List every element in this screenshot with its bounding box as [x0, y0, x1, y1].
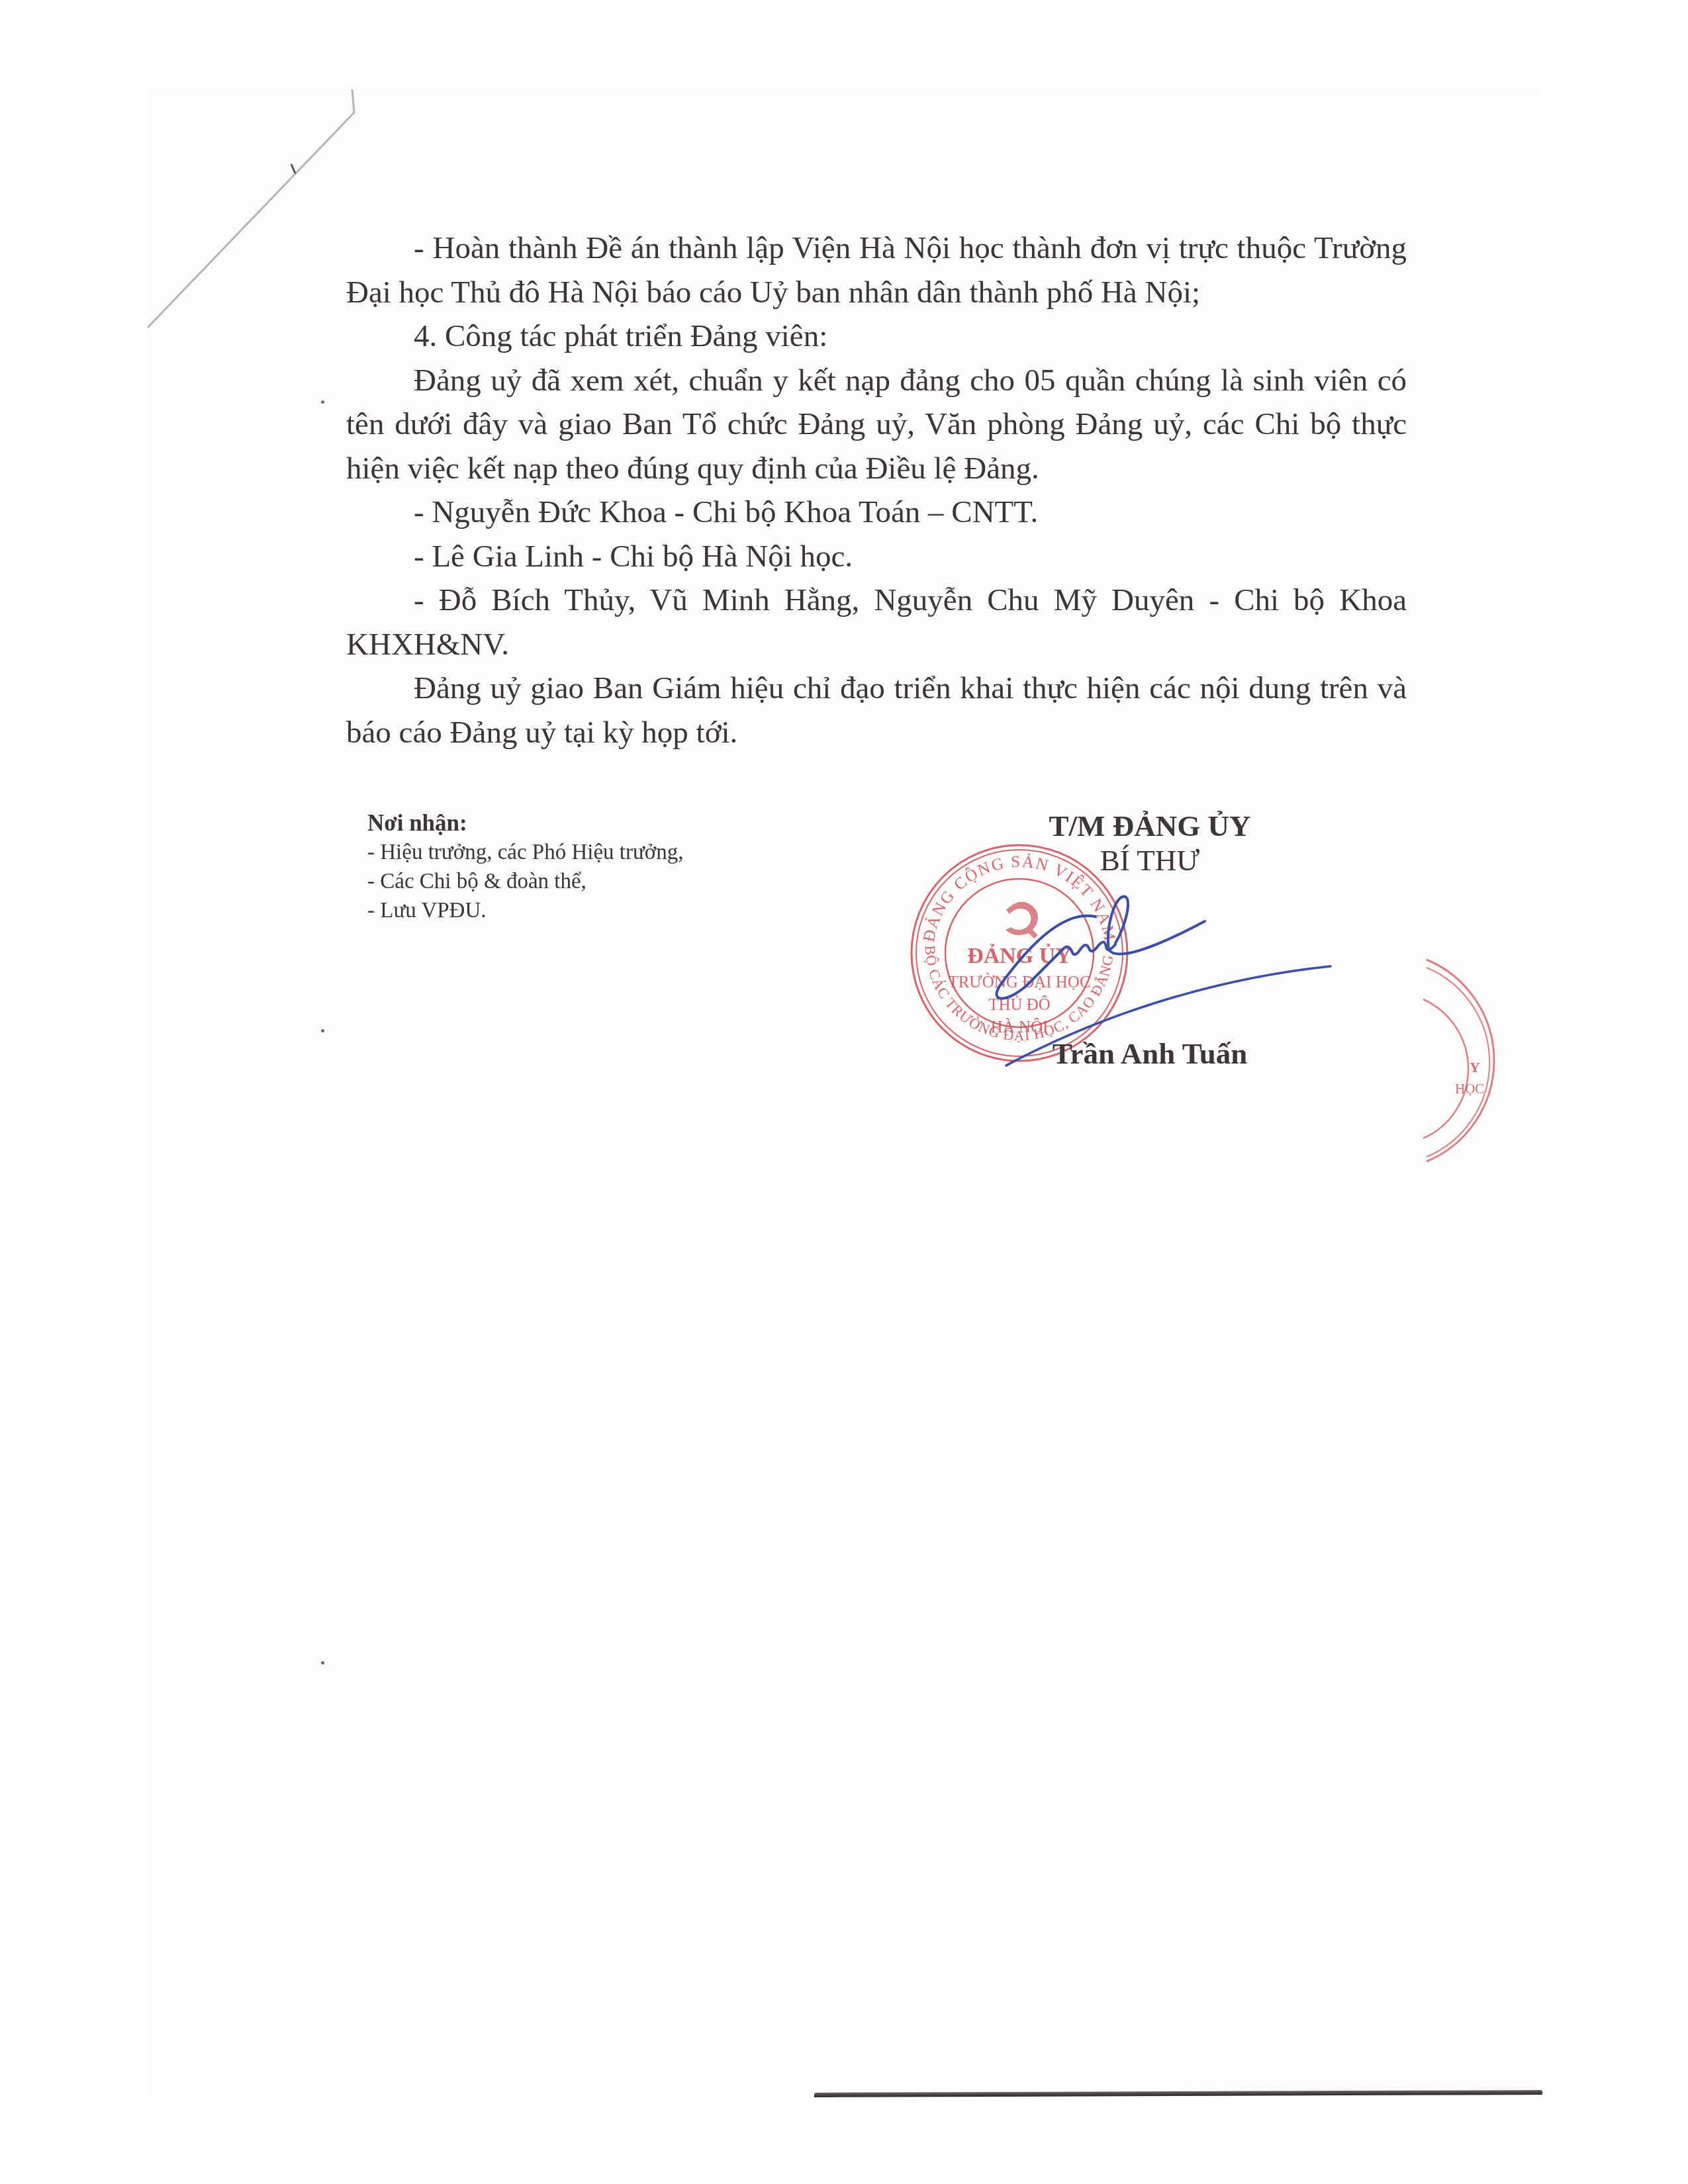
signature-on-behalf: T/M ĐẢNG ỦY — [1017, 809, 1282, 843]
svg-text:HỌC: HỌC — [1455, 1081, 1484, 1097]
svg-text:Y: Y — [1470, 1059, 1480, 1075]
recipients-block: Nơi nhận: - Hiệu trưởng, các Phó Hiệu tr… — [367, 809, 684, 925]
recipient-item: - Lưu VPĐU. — [367, 896, 684, 925]
recipient-item: - Các Chi bộ & đoàn thể, — [367, 867, 684, 896]
recipients-heading: Nơi nhận: — [367, 809, 684, 838]
paragraph-institute-proposal: - Hoàn thành Đề án thành lập Viện Hà Nội… — [346, 226, 1407, 314]
list-item-member: - Đỗ Bích Thủy, Vũ Minh Hằng, Nguyễn Chu… — [346, 578, 1407, 666]
recipient-item: - Hiệu trưởng, các Phó Hiệu trưởng, — [367, 838, 684, 867]
list-item-member: - Nguyễn Đức Khoa - Chi bộ Khoa Toán – C… — [346, 490, 1407, 535]
section-heading-party-development: 4. Công tác phát triển Đảng viên: — [346, 314, 1407, 359]
list-item-member: - Lê Gia Linh - Chi bộ Hà Nội học. — [346, 535, 1407, 579]
signer-name: Trần Anh Tuấn — [1017, 1036, 1282, 1071]
scan-speck — [321, 400, 324, 404]
scan-speck — [321, 1661, 324, 1664]
partial-stamp: Y HỌC — [1423, 946, 1556, 1171]
scan-speck — [321, 1029, 324, 1032]
paragraph-assignment: Đảng uỷ giao Ban Giám hiệu chỉ đạo triển… — [346, 666, 1407, 754]
signature-role: BÍ THƯ — [1017, 843, 1282, 878]
document-body: - Hoàn thành Đề án thành lập Viện Hà Nội… — [346, 226, 1407, 754]
paragraph-admission-approval: Đảng uỷ đã xem xét, chuẩn y kết nạp đảng… — [346, 359, 1407, 491]
signature-block: T/M ĐẢNG ỦY BÍ THƯ — [1017, 809, 1282, 878]
